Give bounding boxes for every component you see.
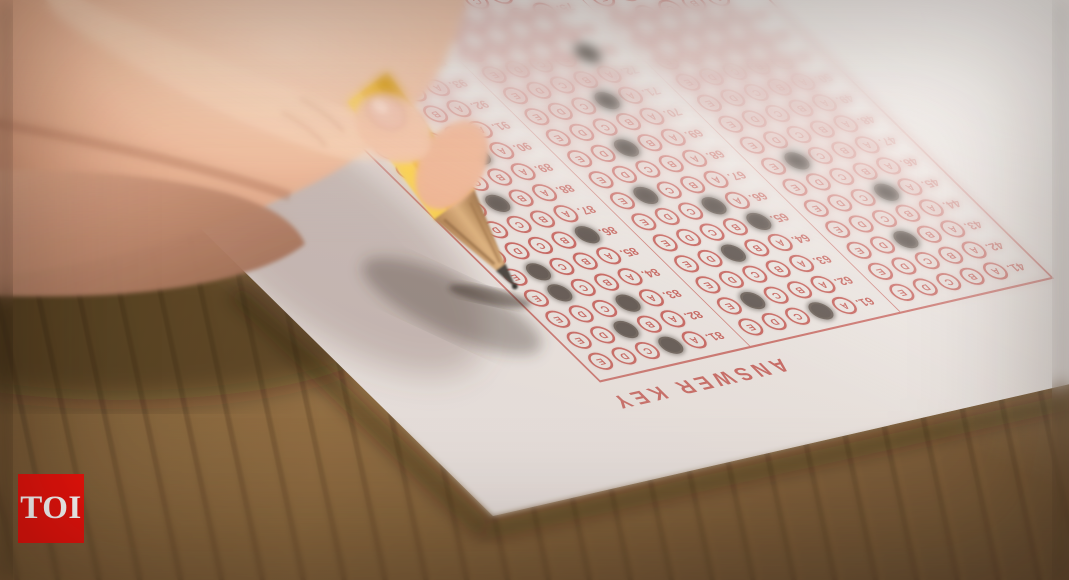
question-number: 94.	[424, 53, 460, 69]
question-number: 90.	[509, 137, 545, 153]
exam-answer-sheet-photo: ANSWER KEY 41.ABCDE42.ABCDE43.ABCDE44.AB…	[0, 0, 1069, 580]
question-number: 48.	[853, 110, 889, 126]
question-number: 70.	[659, 103, 695, 119]
question-number: 85.	[616, 242, 652, 258]
question-number: 96.	[381, 11, 417, 27]
question-number: 81.	[702, 326, 738, 342]
question-number: 69.	[681, 124, 717, 140]
question-number: 93.	[445, 74, 481, 90]
question-number: 91.	[488, 116, 524, 132]
question-number: 73.	[595, 40, 631, 56]
question-number: 82.	[680, 305, 716, 321]
question-number: 42.	[981, 237, 1017, 253]
question-number: 87.	[573, 200, 609, 216]
question-number: 49.	[832, 89, 868, 105]
question-number: 64.	[788, 229, 824, 245]
question-number: 62.	[830, 271, 866, 287]
question-number: 65.	[766, 208, 802, 224]
question-number: 74.	[574, 19, 610, 35]
question-number: 45.	[917, 173, 953, 189]
question-number: 46.	[896, 152, 932, 168]
toi-logo: TOI	[18, 474, 84, 543]
question-number: 71.	[638, 82, 674, 98]
question-number: 75.	[552, 0, 588, 14]
question-number: 84.	[637, 263, 673, 279]
question-number: 95.	[402, 32, 438, 48]
question-number: 72.	[616, 61, 652, 77]
question-number: 86.	[595, 221, 631, 237]
question-number: 68.	[702, 145, 738, 161]
question-number: 66.	[745, 187, 781, 203]
question-number: 47.	[874, 131, 910, 147]
question-number: 83.	[659, 284, 695, 300]
question-number: 44.	[939, 194, 975, 210]
question-number: 53.	[746, 5, 782, 21]
toi-logo-text: TOI	[20, 490, 81, 527]
question-number: 89.	[530, 158, 566, 174]
question-number: 92.	[466, 95, 502, 111]
question-number: 41.	[1003, 258, 1039, 274]
question-number: 43.	[960, 216, 996, 232]
answer-bubble: E	[220, 0, 255, 15]
question-number: 63.	[809, 250, 845, 266]
question-number: 61.	[852, 292, 888, 308]
question-number: 88.	[552, 179, 588, 195]
question-number: 67.	[723, 166, 759, 182]
question-number: 52.	[768, 26, 804, 42]
question-number: 51.	[789, 47, 825, 63]
question-number: 50.	[810, 68, 846, 84]
